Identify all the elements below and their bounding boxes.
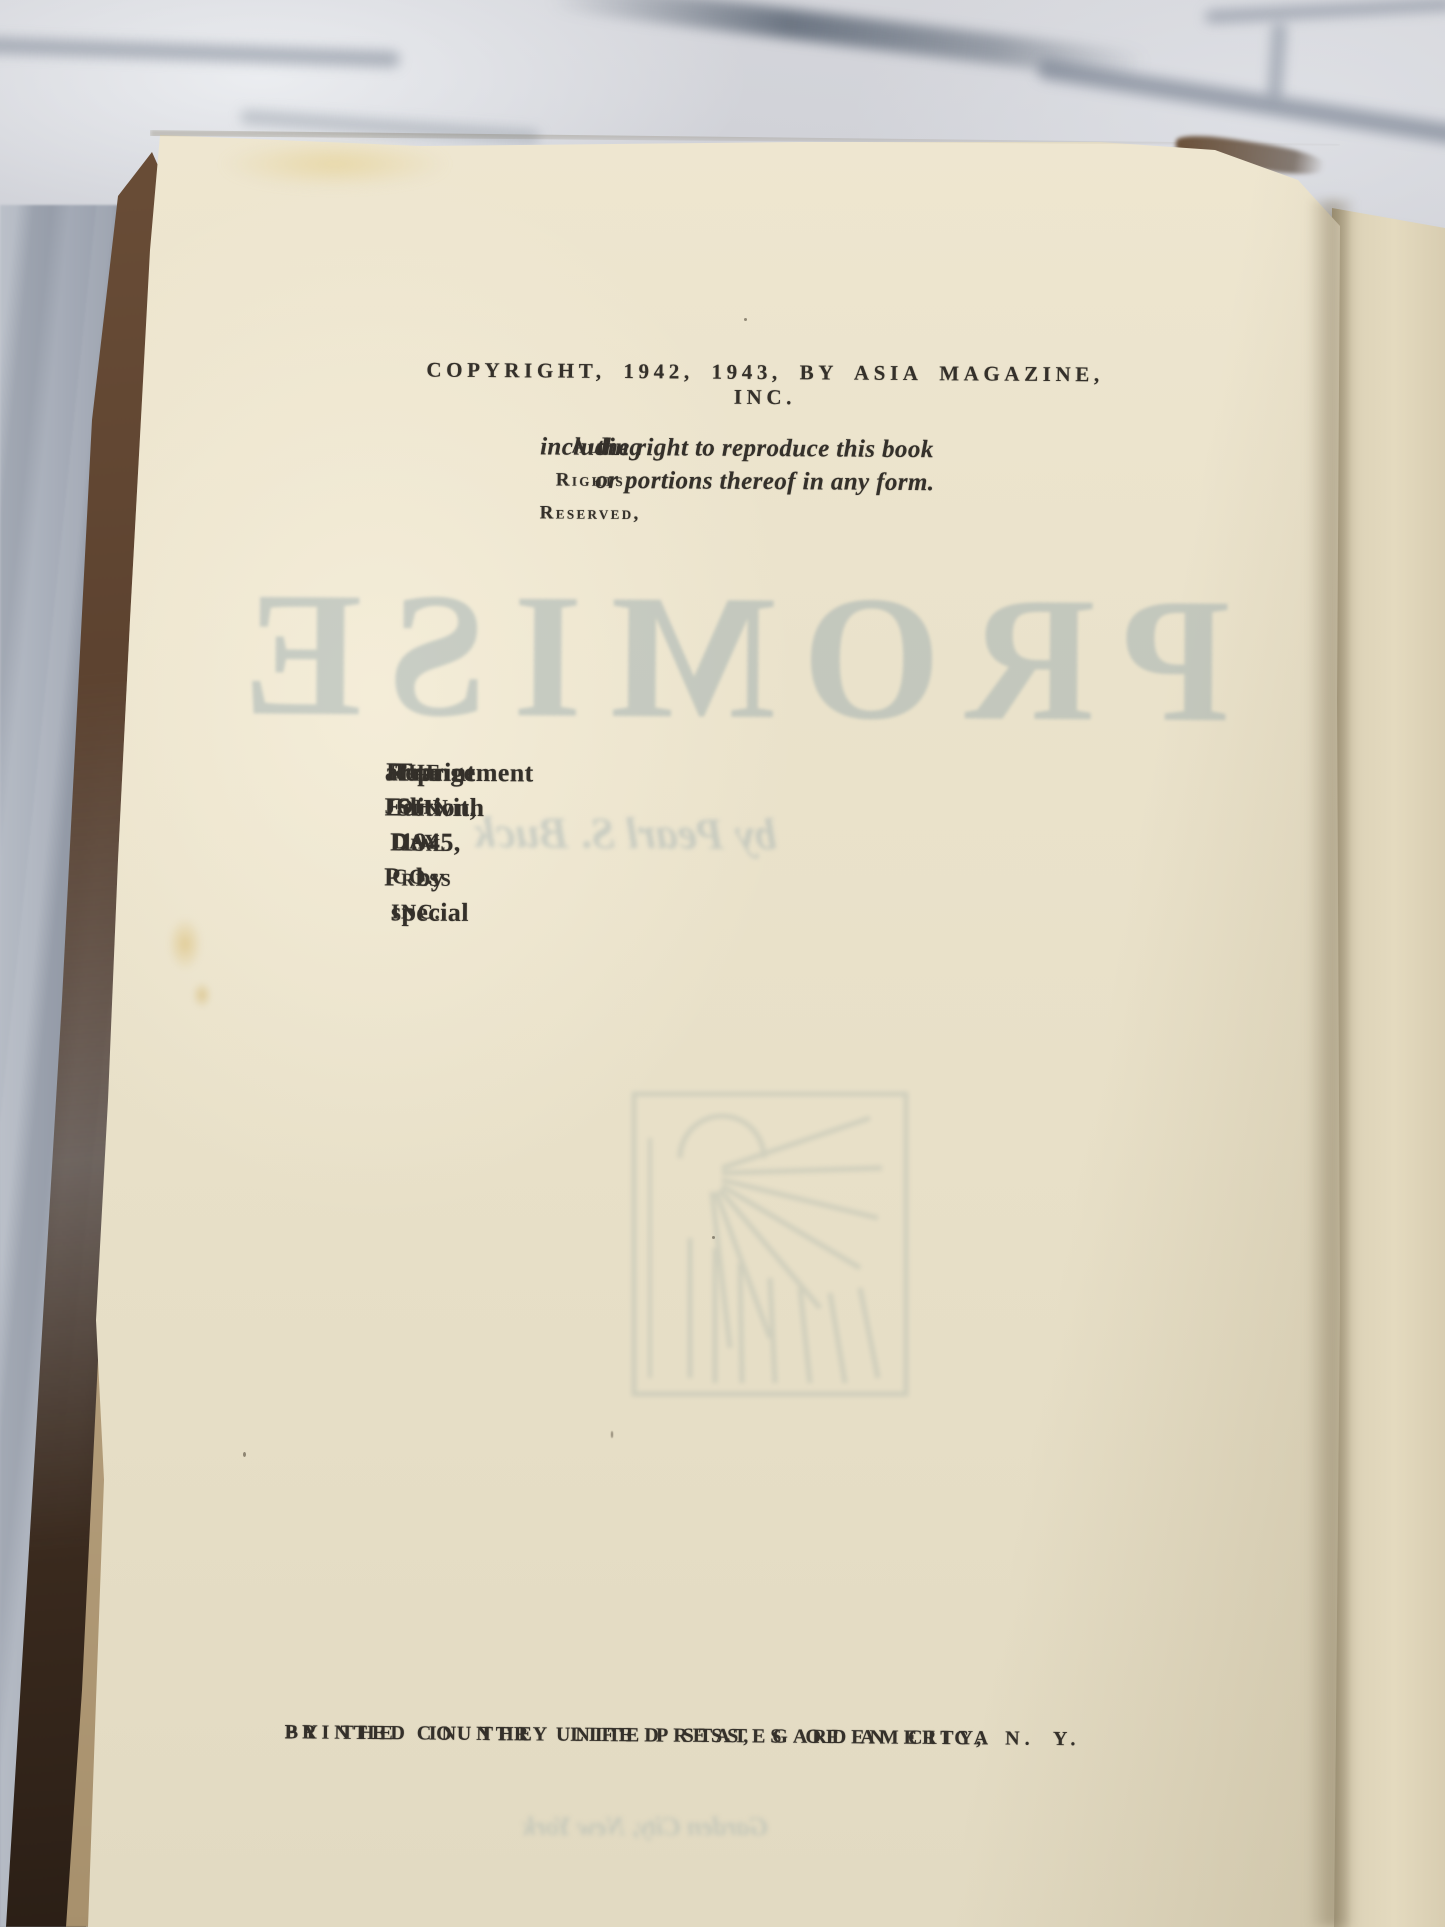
sun-dial-colophon-ghost <box>620 1078 920 1418</box>
paper-speck <box>611 1431 613 1438</box>
copyright-line: COPYRIGHT, 1942, 1943, BY ASIA MAGAZINE,… <box>405 357 1125 412</box>
paper-speck <box>243 1452 246 1457</box>
gutter-crease-shadow <box>1308 200 1352 1927</box>
copyright-page <box>0 0 1445 1927</box>
show-through-title-text: PROMISE <box>299 565 1230 749</box>
foxing-spot <box>192 982 212 1008</box>
foxing-spot <box>168 918 202 970</box>
edition-publisher-name: THE JOHN DAY CO., INC. <box>384 754 450 929</box>
book-photo: PROMISE by Pearl S. Buck Garden City, Ne… <box>0 0 1445 1927</box>
paper-speck <box>744 318 747 321</box>
show-through-imprint-text: Garden City, New York <box>470 1812 820 1842</box>
rights-line-1-italic: including <box>540 430 642 464</box>
printer-line-2: BY THE COUNTRY LIFE PRESS, GARDEN CITY, … <box>285 1713 1081 1758</box>
rights-reserved-notice: All Rights Reserved, including the right… <box>540 430 990 499</box>
page-yellowed-area <box>220 140 450 188</box>
